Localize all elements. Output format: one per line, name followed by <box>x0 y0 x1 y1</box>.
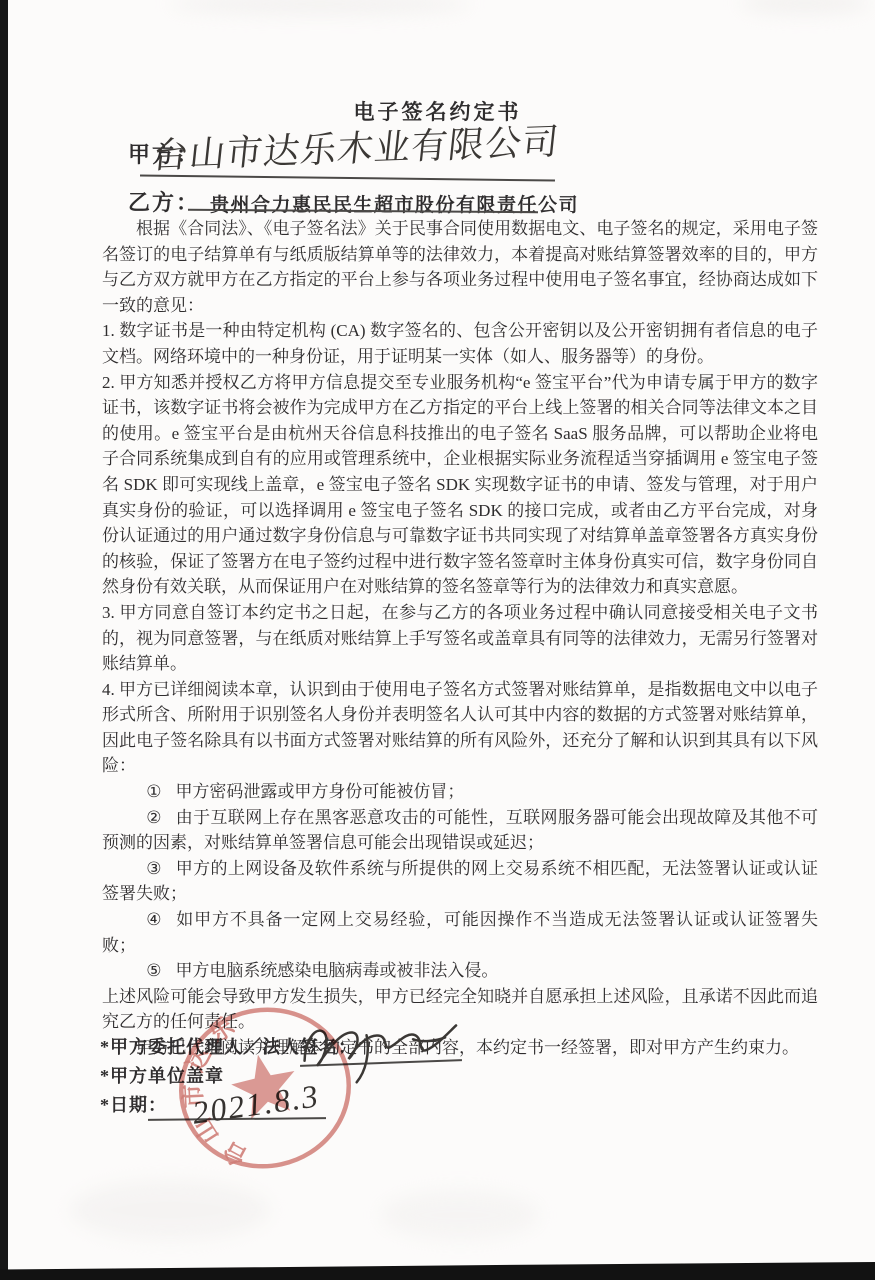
risk-item-1: ①甲方密码泄露或甲方身份可能被仿冒； <box>102 779 818 805</box>
risk-item-2: ②由于互联网上存在黑客恶意攻击的可能性，互联网服务器可能会出现故障及其他不可预测… <box>102 805 818 856</box>
risk-item-3: ③甲方的上网设备及软件系统与所提供的网上交易系统不相匹配，无法签署认证或认证签署… <box>102 856 818 907</box>
scan-smudge <box>740 0 870 14</box>
scan-edge-bottom <box>0 1258 875 1280</box>
party-b-label: 乙方： <box>128 190 200 215</box>
risk-item-4: ④如甲方不具备一定网上交易经验，可能因操作不当造成无法签署认证或认证签署失败； <box>102 907 818 958</box>
clause-1: 1. 数字证书是一种由特定机构 (CA) 数字签名的、包含公开密钥以及公开密钥拥… <box>102 318 818 369</box>
party-b-name: 贵州合力惠民民生超市股份有限责任公司 <box>210 195 579 216</box>
risk-number: ④ <box>146 910 162 929</box>
clause-4: 4. 甲方已详细阅读本章，认识到由于使用电子签名方式签署对账结算单，是指数据电文… <box>102 677 818 779</box>
risk-text: 由于互联网上存在黑客恶意攻击的可能性，互联网服务器可能会出现故障及其他不可预测的… <box>102 808 818 853</box>
risk-text: 甲方密码泄露或甲方身份可能被仿冒； <box>175 782 464 801</box>
scan-edge-left <box>0 0 8 1280</box>
clause-3: 3. 甲方同意自签订本约定书之日起，在参与乙方的各项业务过程中确认同意接受相关电… <box>102 600 818 677</box>
risk-item-5: ⑤甲方电脑系统感染电脑病毒或被非法入侵。 <box>102 958 818 984</box>
scan-smudge <box>170 0 470 14</box>
party-a-underline <box>140 174 555 181</box>
seal-star-icon <box>226 1048 302 1122</box>
scanned-contract-page: 电子签名约定书 甲方： 台山市达乐木业有限公司 乙方：贵州合力惠民民生超市股份有… <box>0 0 875 1280</box>
intro-paragraph: 根据《合同法》、《电子签名法》关于民事合同使用数据电文、电子签名的规定，采用电子… <box>102 216 818 318</box>
risk-text: 如甲方不具备一定网上交易经验，可能因操作不当造成无法签署认证或认证签署失败； <box>102 910 818 955</box>
scan-smudge <box>380 1190 540 1240</box>
risk-number: ② <box>146 808 162 827</box>
company-seal-stamp: 台山市达乐木业有限公司 <box>141 965 389 1210</box>
clause-2: 2. 甲方知悉并授权乙方将甲方信息提交至专业服务机构“e 签宝平台”代为申请专属… <box>102 370 818 600</box>
risk-text: 甲方的上网设备及软件系统与所提供的网上交易系统不相匹配，无法签署认证或认证签署失… <box>102 859 818 904</box>
contract-body: 根据《合同法》、《电子签名法》关于民事合同使用数据电文、电子签名的规定，采用电子… <box>102 216 818 1061</box>
risk-number: ③ <box>146 859 162 878</box>
risk-number: ① <box>146 782 161 801</box>
risk-number: ⑤ <box>146 961 161 980</box>
